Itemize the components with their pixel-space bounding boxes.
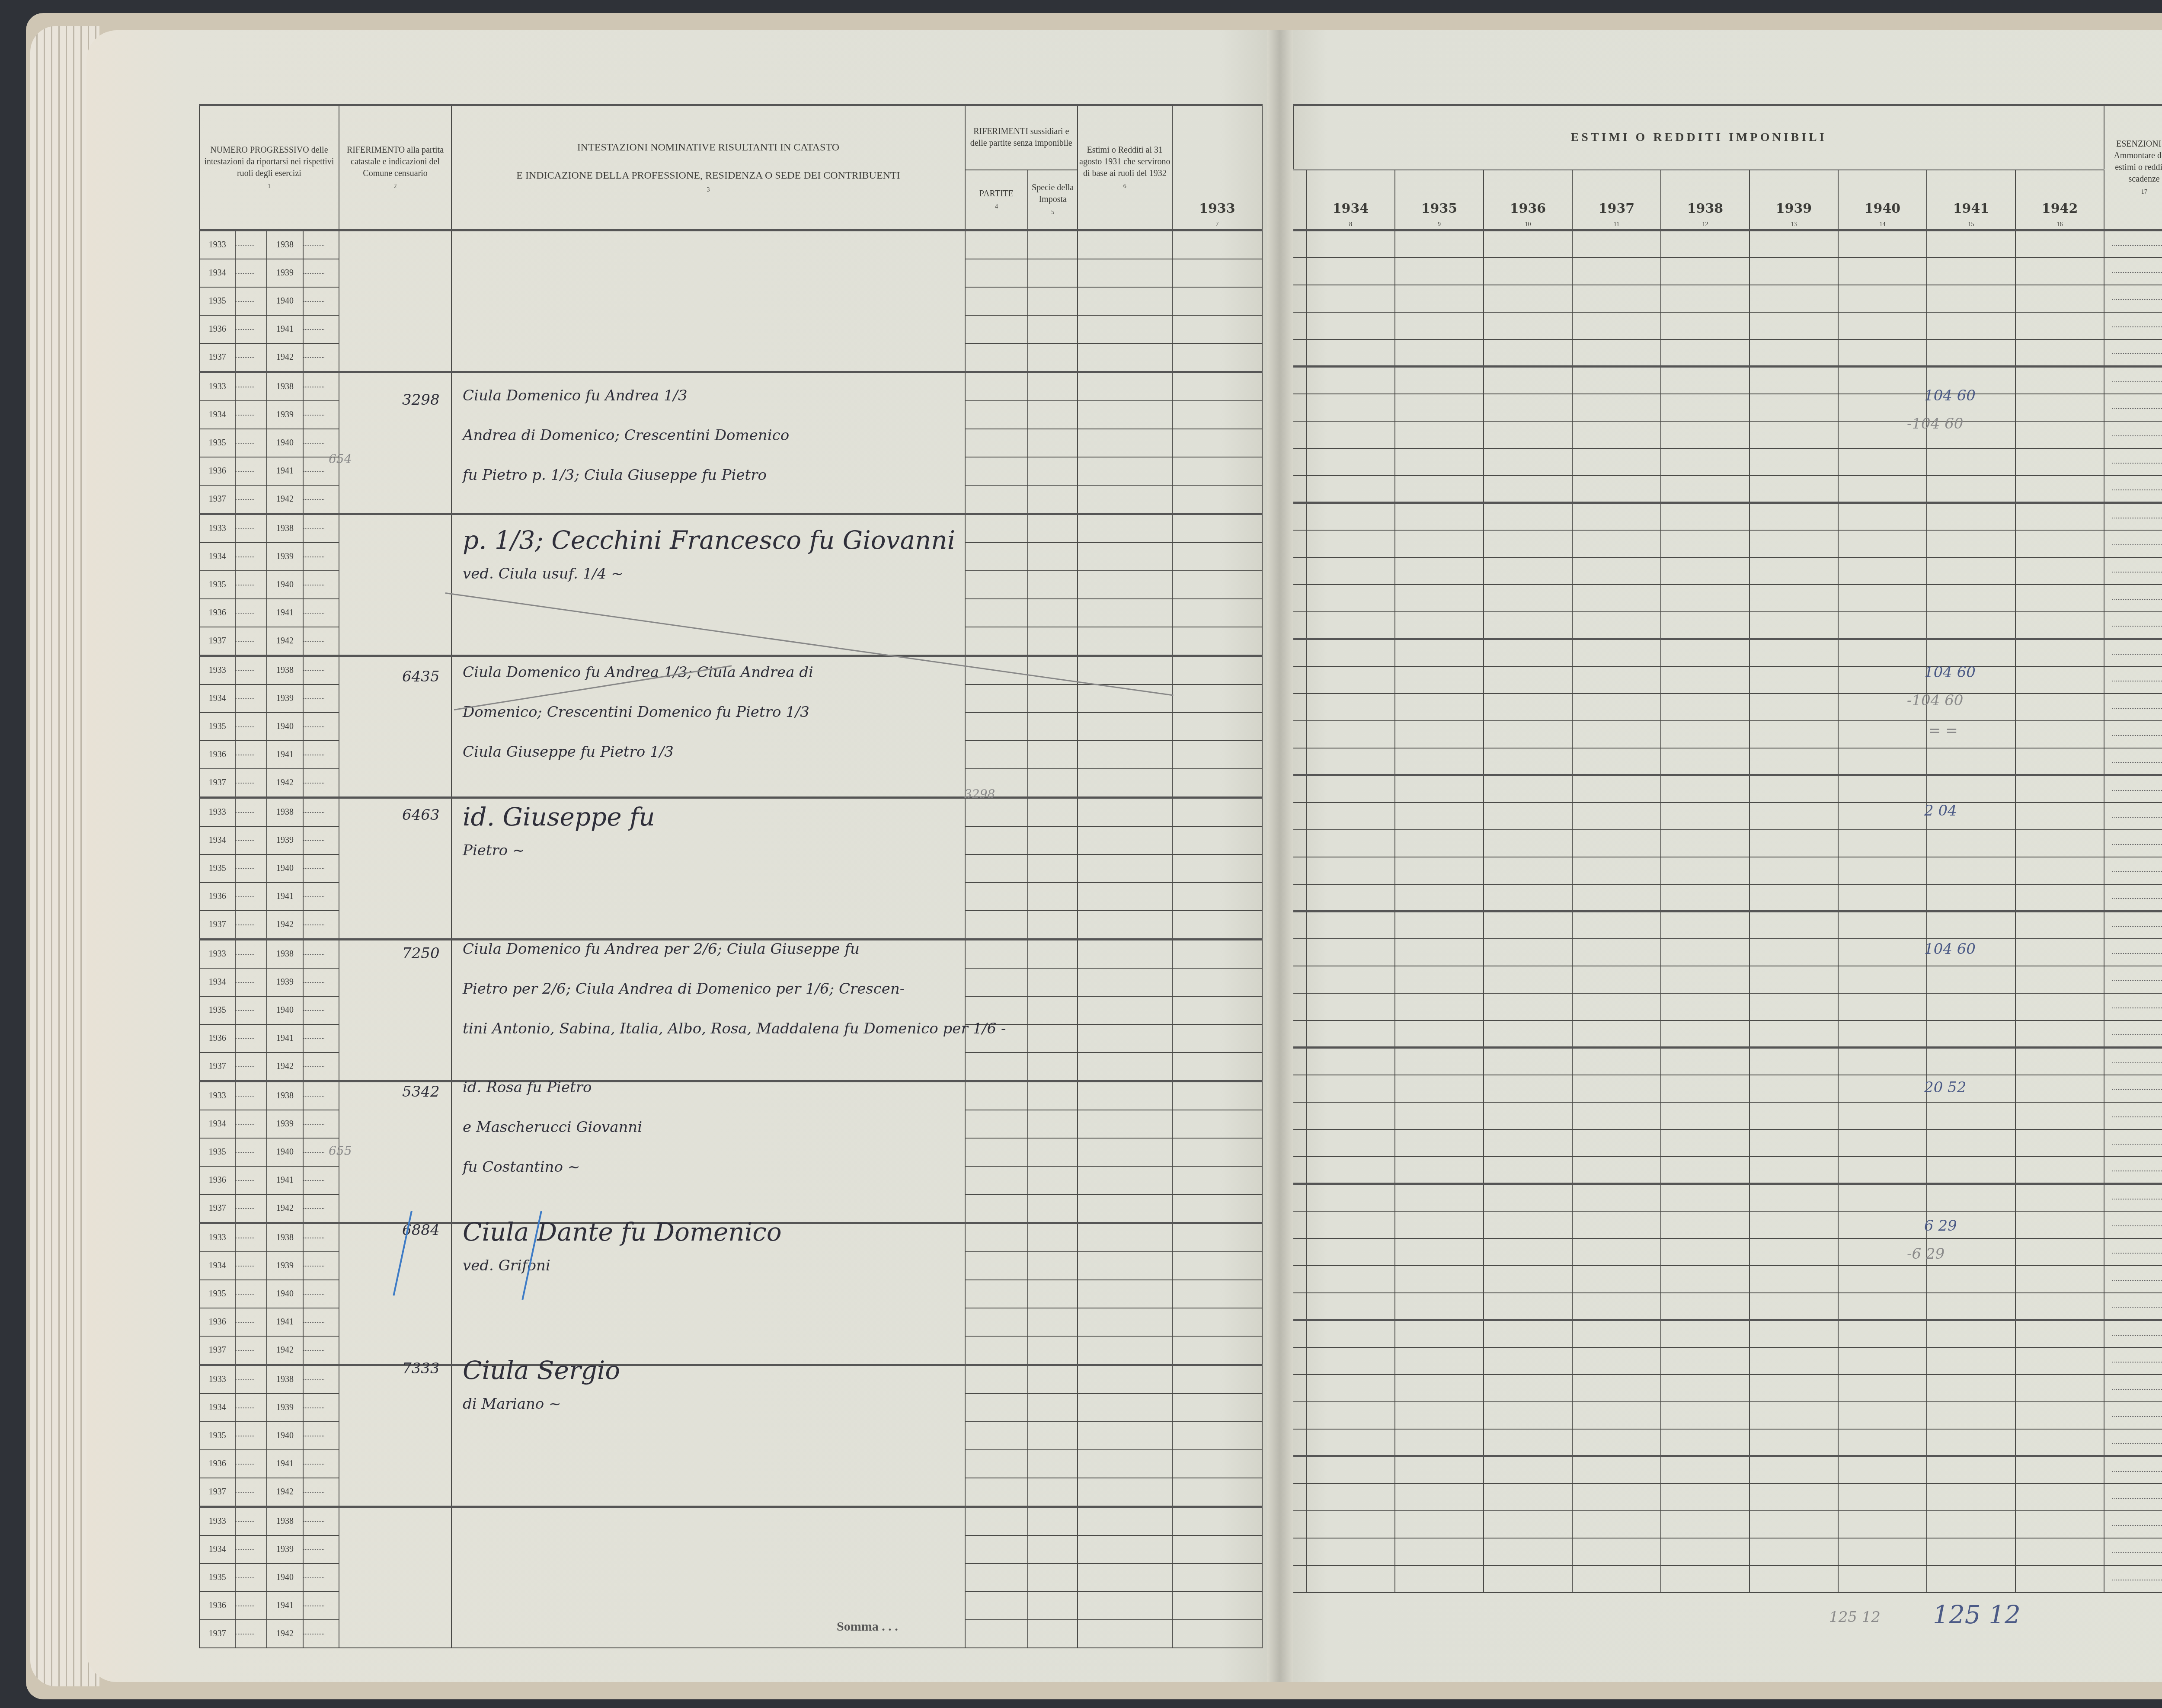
year-1933-cell [1172,543,1262,571]
year-value-cell [1572,1456,1661,1484]
year-value-cell [1572,1020,1661,1048]
estimi-1931-cell [1078,259,1172,287]
dots [235,656,267,685]
year-value-cell [1395,612,1484,639]
year-a: 1935 [199,854,235,883]
year-value-cell [1395,367,1484,394]
year-value-cell [1661,557,1749,585]
specie-cell [1028,1110,1078,1138]
partite-cell [965,1138,1028,1166]
year-value-cell [1927,230,2015,258]
year-b: 1938 [267,940,303,969]
year-value-cell [1927,1511,2015,1538]
year-value-cell [1395,1211,1484,1238]
margin-cell [1293,1511,1306,1538]
year-value-cell [1395,1266,1484,1293]
year-b: 1939 [267,684,303,713]
margin-cell [1293,1484,1306,1511]
esenzioni-cell [2104,1565,2162,1593]
dots [303,1110,339,1138]
year-value-cell [1838,1320,1927,1347]
year-value-cell [1927,312,2015,339]
year-value-cell [1927,830,2015,857]
year-a: 1935 [199,1138,235,1166]
partite-cell [965,1450,1028,1478]
partite-cell [965,1620,1028,1648]
value-1941: 104 60 [1924,940,1976,958]
year-value-cell [1572,1538,1661,1565]
year-b: 1939 [267,1110,303,1138]
year-value-cell [1572,285,1661,312]
year-a: 1936 [199,315,235,343]
year-b: 1940 [267,854,303,883]
dots [235,259,267,287]
esenzioni-cell [2104,394,2162,421]
specie-cell [1028,798,1078,827]
year-value-cell [2015,912,2104,939]
year-value-cell [1661,666,1749,694]
year-value-cell [2015,1484,2104,1511]
esenzioni-cell [2104,1293,2162,1320]
ledger-row [1293,830,2162,857]
dots [235,741,267,769]
ledger-row [1293,1048,2162,1075]
estimi-1931-cell [1078,656,1172,685]
year-value-cell [1395,884,1484,912]
dots [235,854,267,883]
year-value-cell [1484,1293,1572,1320]
dots [235,1450,267,1478]
partita-number: 3298 [402,391,440,409]
year-value-cell [1306,803,1395,830]
year-value-cell [1749,993,1838,1020]
year-value-cell [1927,285,2015,312]
year-value-cell [1927,1375,2015,1402]
margin-cell [1293,1048,1306,1075]
year-value-cell [2015,803,2104,830]
year-value-cell [1927,557,2015,585]
dots [235,1223,267,1252]
year-value-cell [1572,639,1661,666]
specie-cell [1028,1365,1078,1394]
year-value-cell [1927,1320,2015,1347]
partite-cell [965,571,1028,599]
year-value-cell [1749,694,1838,721]
year-value-cell [1838,803,1927,830]
year-value-cell [1306,1238,1395,1266]
year-value-cell [1484,666,1572,694]
year-b: 1938 [267,798,303,827]
specie-cell [1028,259,1078,287]
year-value-cell [1749,448,1838,476]
year-value-cell [1484,285,1572,312]
year-value-cell [1306,775,1395,803]
year-value-cell [1572,585,1661,612]
year-value-cell [1306,1484,1395,1511]
specie-cell [1028,1507,1078,1536]
year-value-cell [1395,1375,1484,1402]
year-a: 1937 [199,1620,235,1648]
year-value-cell [1306,1266,1395,1293]
partita-cell [339,514,451,656]
partite-cell [965,429,1028,457]
year-value-cell [1661,1129,1749,1157]
year-b: 1941 [267,1024,303,1052]
dots [235,627,267,656]
year-value-cell [1395,476,1484,503]
ledger-row [1293,1102,2162,1129]
margin-cell [1293,1184,1306,1211]
year-value-cell [1395,1565,1484,1593]
year-1933-cell [1172,230,1262,259]
intestazione-line: Domenico; Crescentini Domenico fu Pietro… [463,704,809,721]
somma-1941-total: 125 12 [1933,1600,2021,1629]
year-value-cell [2015,394,2104,421]
year-value-cell [1749,1048,1838,1075]
intestazione-line: Ciula Giuseppe fu Pietro 1/3 [463,743,674,761]
dots [303,315,339,343]
dots [303,1564,339,1592]
year-value-cell [1927,476,2015,503]
year-value-cell [1484,1157,1572,1184]
year-value-cell [2015,612,2104,639]
year-value-cell [1572,1511,1661,1538]
esenzioni-cell [2104,1129,2162,1157]
year-value-cell [1661,1157,1749,1184]
esenzioni-cell [2104,1238,2162,1266]
dots [235,1336,267,1365]
year-value-cell [1661,1184,1749,1211]
dots [303,1024,339,1052]
year-b: 1942 [267,1052,303,1081]
year-value-cell [1927,1538,2015,1565]
estimi-1931-cell [1078,713,1172,741]
year-value-cell [1306,476,1395,503]
dots [235,883,267,911]
year-value-cell [1749,966,1838,993]
year-value-cell [1484,1347,1572,1375]
esenzioni-cell [2104,1347,2162,1375]
year-value-cell [1484,857,1572,884]
esenzioni-cell [2104,612,2162,639]
year-value-cell [1484,312,1572,339]
year-a: 1934 [199,1394,235,1422]
estimi-1931-cell [1078,1592,1172,1620]
partite-cell [965,911,1028,940]
ledger-row [1293,1238,2162,1266]
year-a: 1933 [199,372,235,401]
dots [235,1535,267,1564]
year-value-cell [2015,966,2104,993]
year-value-cell [1661,1347,1749,1375]
year-value-cell [1484,1129,1572,1157]
partite-cell [965,968,1028,996]
ledger-row [1293,1375,2162,1402]
right-ledger-table: ESTIMI O REDDITI IMPONIBILI ESENZIONI — … [1293,104,2162,1593]
year-b: 1938 [267,1365,303,1394]
year-value-cell [1838,1402,1927,1429]
year-a: 1936 [199,1450,235,1478]
side-note: 655 [329,1144,352,1158]
year-1933-cell [1172,343,1262,372]
year-value-cell [1661,884,1749,912]
year-1933-cell [1172,1081,1262,1110]
year-value-cell [1838,1565,1927,1593]
year-a: 1935 [199,1564,235,1592]
specie-cell [1028,457,1078,485]
ledger-row [1293,230,2162,258]
year-value-cell [2015,339,2104,367]
year-value-cell [1838,1211,1927,1238]
value-1941: 2 04 [1924,802,1957,819]
year-value-cell [1395,1484,1484,1511]
year-b: 1940 [267,1138,303,1166]
dots [303,401,339,429]
year-value-cell [1661,1075,1749,1102]
year-b: 1942 [267,911,303,940]
header-year-1940: 194014 [1838,170,1927,230]
year-value-cell [1395,1511,1484,1538]
esenzioni-cell [2104,421,2162,448]
estimi-1931-cell [1078,1194,1172,1223]
year-a: 1937 [199,911,235,940]
year-b: 1940 [267,287,303,315]
year-value-cell [1838,1347,1927,1375]
year-value-cell [1484,557,1572,585]
year-b: 1938 [267,230,303,259]
year-value-cell [1306,1048,1395,1075]
dots [303,1223,339,1252]
margin-cell [1293,530,1306,557]
dots [235,343,267,372]
year-value-cell [1661,476,1749,503]
specie-cell [1028,1535,1078,1564]
estimi-1931-cell [1078,429,1172,457]
year-value-cell [2015,258,2104,285]
estimi-1931-cell [1078,287,1172,315]
year-value-cell [1395,748,1484,775]
year-a: 1937 [199,1478,235,1507]
right-ledger-body [1293,230,2162,1593]
year-value-cell [1306,394,1395,421]
year-value-cell [1484,1375,1572,1402]
estimi-1931-cell [1078,854,1172,883]
year-value-cell [1395,639,1484,666]
partite-cell [965,287,1028,315]
intestazione-line: ved. Ciula usuf. 1/4 ~ [463,565,624,582]
year-value-cell [2015,1511,2104,1538]
estimi-1931-cell [1078,968,1172,996]
year-value-cell [2015,1375,2104,1402]
margin-cell [1293,421,1306,448]
year-value-cell [1661,258,1749,285]
year-value-cell [1306,285,1395,312]
specie-cell [1028,741,1078,769]
year-value-cell [1927,1048,2015,1075]
year-value-cell [1838,367,1927,394]
margin-cell [1293,803,1306,830]
year-value-cell [2015,1157,2104,1184]
margin-cell [1293,258,1306,285]
year-value-cell [2015,830,2104,857]
ledger-row: 19331938 [199,1365,1262,1394]
year-value-cell [1572,448,1661,476]
year-value-cell [1395,1129,1484,1157]
dots [303,1365,339,1394]
year-value-cell [1838,1538,1927,1565]
year-a: 1933 [199,1223,235,1252]
year-1933-cell [1172,1450,1262,1478]
year-value-cell [1749,367,1838,394]
dots [235,968,267,996]
year-1933-cell [1172,287,1262,315]
year-b: 1938 [267,656,303,685]
year-value-cell [1749,639,1838,666]
year-1933-cell [1172,1223,1262,1252]
year-1933-cell [1172,627,1262,656]
year-value-cell [1395,258,1484,285]
dots [303,514,339,543]
estimi-1931-cell [1078,1223,1172,1252]
year-value-cell [1306,258,1395,285]
year-value-cell [1572,939,1661,966]
dots [303,343,339,372]
year-value-cell [1572,1347,1661,1375]
year-value-cell [1661,830,1749,857]
year-value-cell [2015,1184,2104,1211]
partite-cell [965,627,1028,656]
ledger-row [1293,1511,2162,1538]
specie-cell [1028,1394,1078,1422]
year-value-cell [1661,1320,1749,1347]
partite-cell [965,1507,1028,1536]
dots [303,571,339,599]
ledger-row: 19331938 [199,1081,1262,1110]
year-1933-cell [1172,457,1262,485]
year-value-cell [1572,1211,1661,1238]
year-value-cell [2015,993,2104,1020]
dots [303,259,339,287]
year-value-cell [1306,1320,1395,1347]
year-b: 1942 [267,1336,303,1365]
intestazione-line: Ciula Sergio [463,1356,620,1385]
year-a: 1936 [199,883,235,911]
year-1933-cell [1172,1336,1262,1365]
estimi-1931-cell [1078,627,1172,656]
year-value-cell [1838,1157,1927,1184]
year-value-cell [1661,1484,1749,1511]
estimi-1931-cell [1078,741,1172,769]
year-value-cell [1838,230,1927,258]
year-value-cell [1661,394,1749,421]
intestazione-line: Ciula Domenico fu Andrea 1/3 [463,387,688,404]
year-value-cell [1661,1402,1749,1429]
year-value-cell [1838,966,1927,993]
year-value-cell [1927,258,2015,285]
year-1933-cell [1172,1110,1262,1138]
partite-cell [965,940,1028,969]
year-value-cell [1484,1565,1572,1593]
year-value-cell [1572,1238,1661,1266]
ledger-row [1293,966,2162,993]
esenzioni-cell [2104,367,2162,394]
specie-cell [1028,684,1078,713]
year-value-cell [1484,884,1572,912]
year-value-cell [1572,912,1661,939]
year-b: 1942 [267,1478,303,1507]
year-value-cell [2015,585,2104,612]
year-value-cell [1306,367,1395,394]
year-value-cell [1572,339,1661,367]
dots [303,1336,339,1365]
year-value-cell [1306,1375,1395,1402]
margin-cell [1293,857,1306,884]
estimi-1931-cell [1078,1507,1172,1536]
year-value-cell [2015,312,2104,339]
partite-cell [965,372,1028,401]
estimi-1931-cell [1078,769,1172,798]
margin-cell [1293,966,1306,993]
partite-cell [965,230,1028,259]
specie-cell [1028,883,1078,911]
year-value-cell [1395,1538,1484,1565]
year-value-cell [1749,1184,1838,1211]
dots [235,401,267,429]
year-value-cell [1749,557,1838,585]
year-a: 1933 [199,1365,235,1394]
dots [235,457,267,485]
estimi-1931-cell [1078,1422,1172,1450]
dots [303,543,339,571]
esenzioni-cell [2104,1538,2162,1565]
year-value-cell [1838,639,1927,666]
year-value-cell [1484,1266,1572,1293]
dots [235,1081,267,1110]
ledger-row [1293,394,2162,421]
year-a: 1934 [199,259,235,287]
ledger-row [1293,694,2162,721]
margin-cell [1293,312,1306,339]
year-value-cell [1661,1293,1749,1320]
year-value-cell [1484,1048,1572,1075]
year-1933-cell [1172,883,1262,911]
year-value-cell [1749,1157,1838,1184]
year-1933-cell [1172,684,1262,713]
header-specie-imposta: Specie della Imposta5 [1028,170,1078,230]
year-value-cell [2015,1293,2104,1320]
header-partite: PARTITE4 [965,170,1028,230]
dots [303,372,339,401]
year-b: 1939 [267,401,303,429]
ledger-row [1293,1429,2162,1456]
partite-cell [965,514,1028,543]
year-value-cell [1661,1211,1749,1238]
dots [303,627,339,656]
year-value-cell [1484,1238,1572,1266]
partite-cell [965,1081,1028,1110]
year-value-cell [1749,666,1838,694]
ledger-row [1293,1129,2162,1157]
dots [303,940,339,969]
intestazione-line: Andrea di Domenico; Crescentini Domenico [463,427,789,444]
specie-cell [1028,940,1078,969]
dots [235,1024,267,1052]
partite-cell [965,1564,1028,1592]
year-value-cell [1306,503,1395,530]
esenzioni-cell [2104,503,2162,530]
specie-cell [1028,1252,1078,1280]
year-1933-cell [1172,1280,1262,1308]
